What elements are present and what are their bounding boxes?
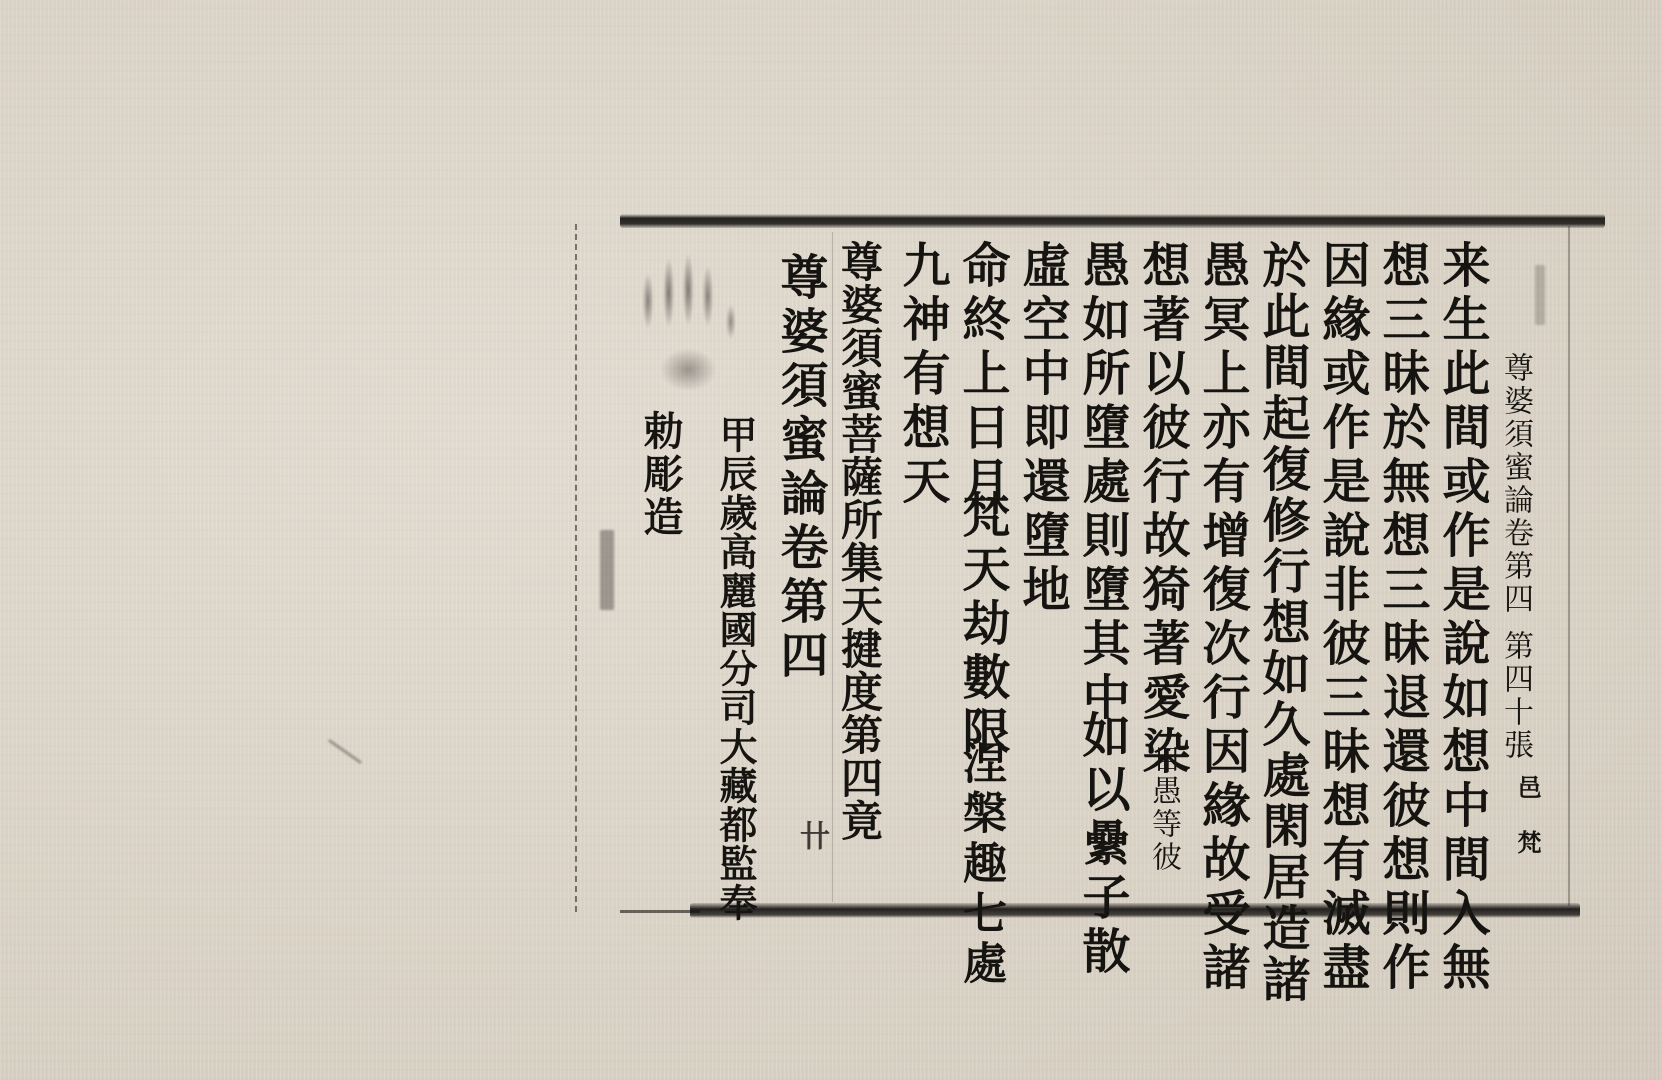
ink-speckle <box>1535 265 1545 325</box>
text-column-9a: 命終上日月 <box>958 240 1006 510</box>
ink-smudge <box>600 530 614 610</box>
text-column-8: 虛空中即還墮地 <box>1018 240 1066 618</box>
text-column-7b: 如以纍子散 <box>1078 710 1126 980</box>
block-border-top <box>620 214 1605 228</box>
text-column-9b: 梵天劫數限 <box>958 490 1006 760</box>
margin-sheet-number: 第四十張 <box>1500 630 1530 762</box>
text-column-6a: 想著以彼行故猗著愛染 <box>1138 240 1186 780</box>
block-border-bottom-thin <box>620 910 700 913</box>
column-rule <box>832 232 833 902</box>
text-column-1: 来生此間或作是說如想中間入無 <box>1438 240 1486 996</box>
text-column-7a: 愚如所墮處則墮其中 <box>1078 240 1126 726</box>
block-border-right <box>1568 226 1570 906</box>
text-column-6b-small: 自愚等彼 <box>1148 742 1178 874</box>
text-column-11: 尊婆須蜜菩薩所集天揵度第四竟 <box>838 240 880 842</box>
text-column-10: 九神有想天 <box>898 240 946 510</box>
ink-handprint-smudge <box>625 245 740 405</box>
volume-end-title: 尊婆須蜜論卷第四 <box>776 252 824 684</box>
text-column-11-mark: 卄 <box>796 820 826 853</box>
paper-fiber-mark <box>328 739 362 764</box>
margin-title: 尊婆須蜜論卷第四 <box>1500 352 1530 616</box>
margin-carver-mark: 邑 梵 <box>1510 775 1545 855</box>
text-column-4: 於此間起復修行想如久處閑居造諸 <box>1258 240 1306 1005</box>
scanned-page: 尊婆須蜜論卷第四 第四十張 邑 梵 来生此間或作是說如想中間入無 想三昧於無想三… <box>0 0 1662 1080</box>
colophon-carving: 勅彫造 <box>640 410 680 539</box>
text-column-9c: 涅槃趣七處 <box>958 740 1002 990</box>
text-column-3: 因緣或作是說非彼三昧想有滅盡 <box>1318 240 1366 996</box>
text-column-2: 想三昧於無想三昧退還彼想則作 <box>1378 240 1426 996</box>
text-column-5: 愚冥上亦有增復次行因緣故受諸 <box>1198 240 1246 996</box>
colophon-line: 甲辰歲高麗國分司大藏都監奉 <box>716 415 754 922</box>
